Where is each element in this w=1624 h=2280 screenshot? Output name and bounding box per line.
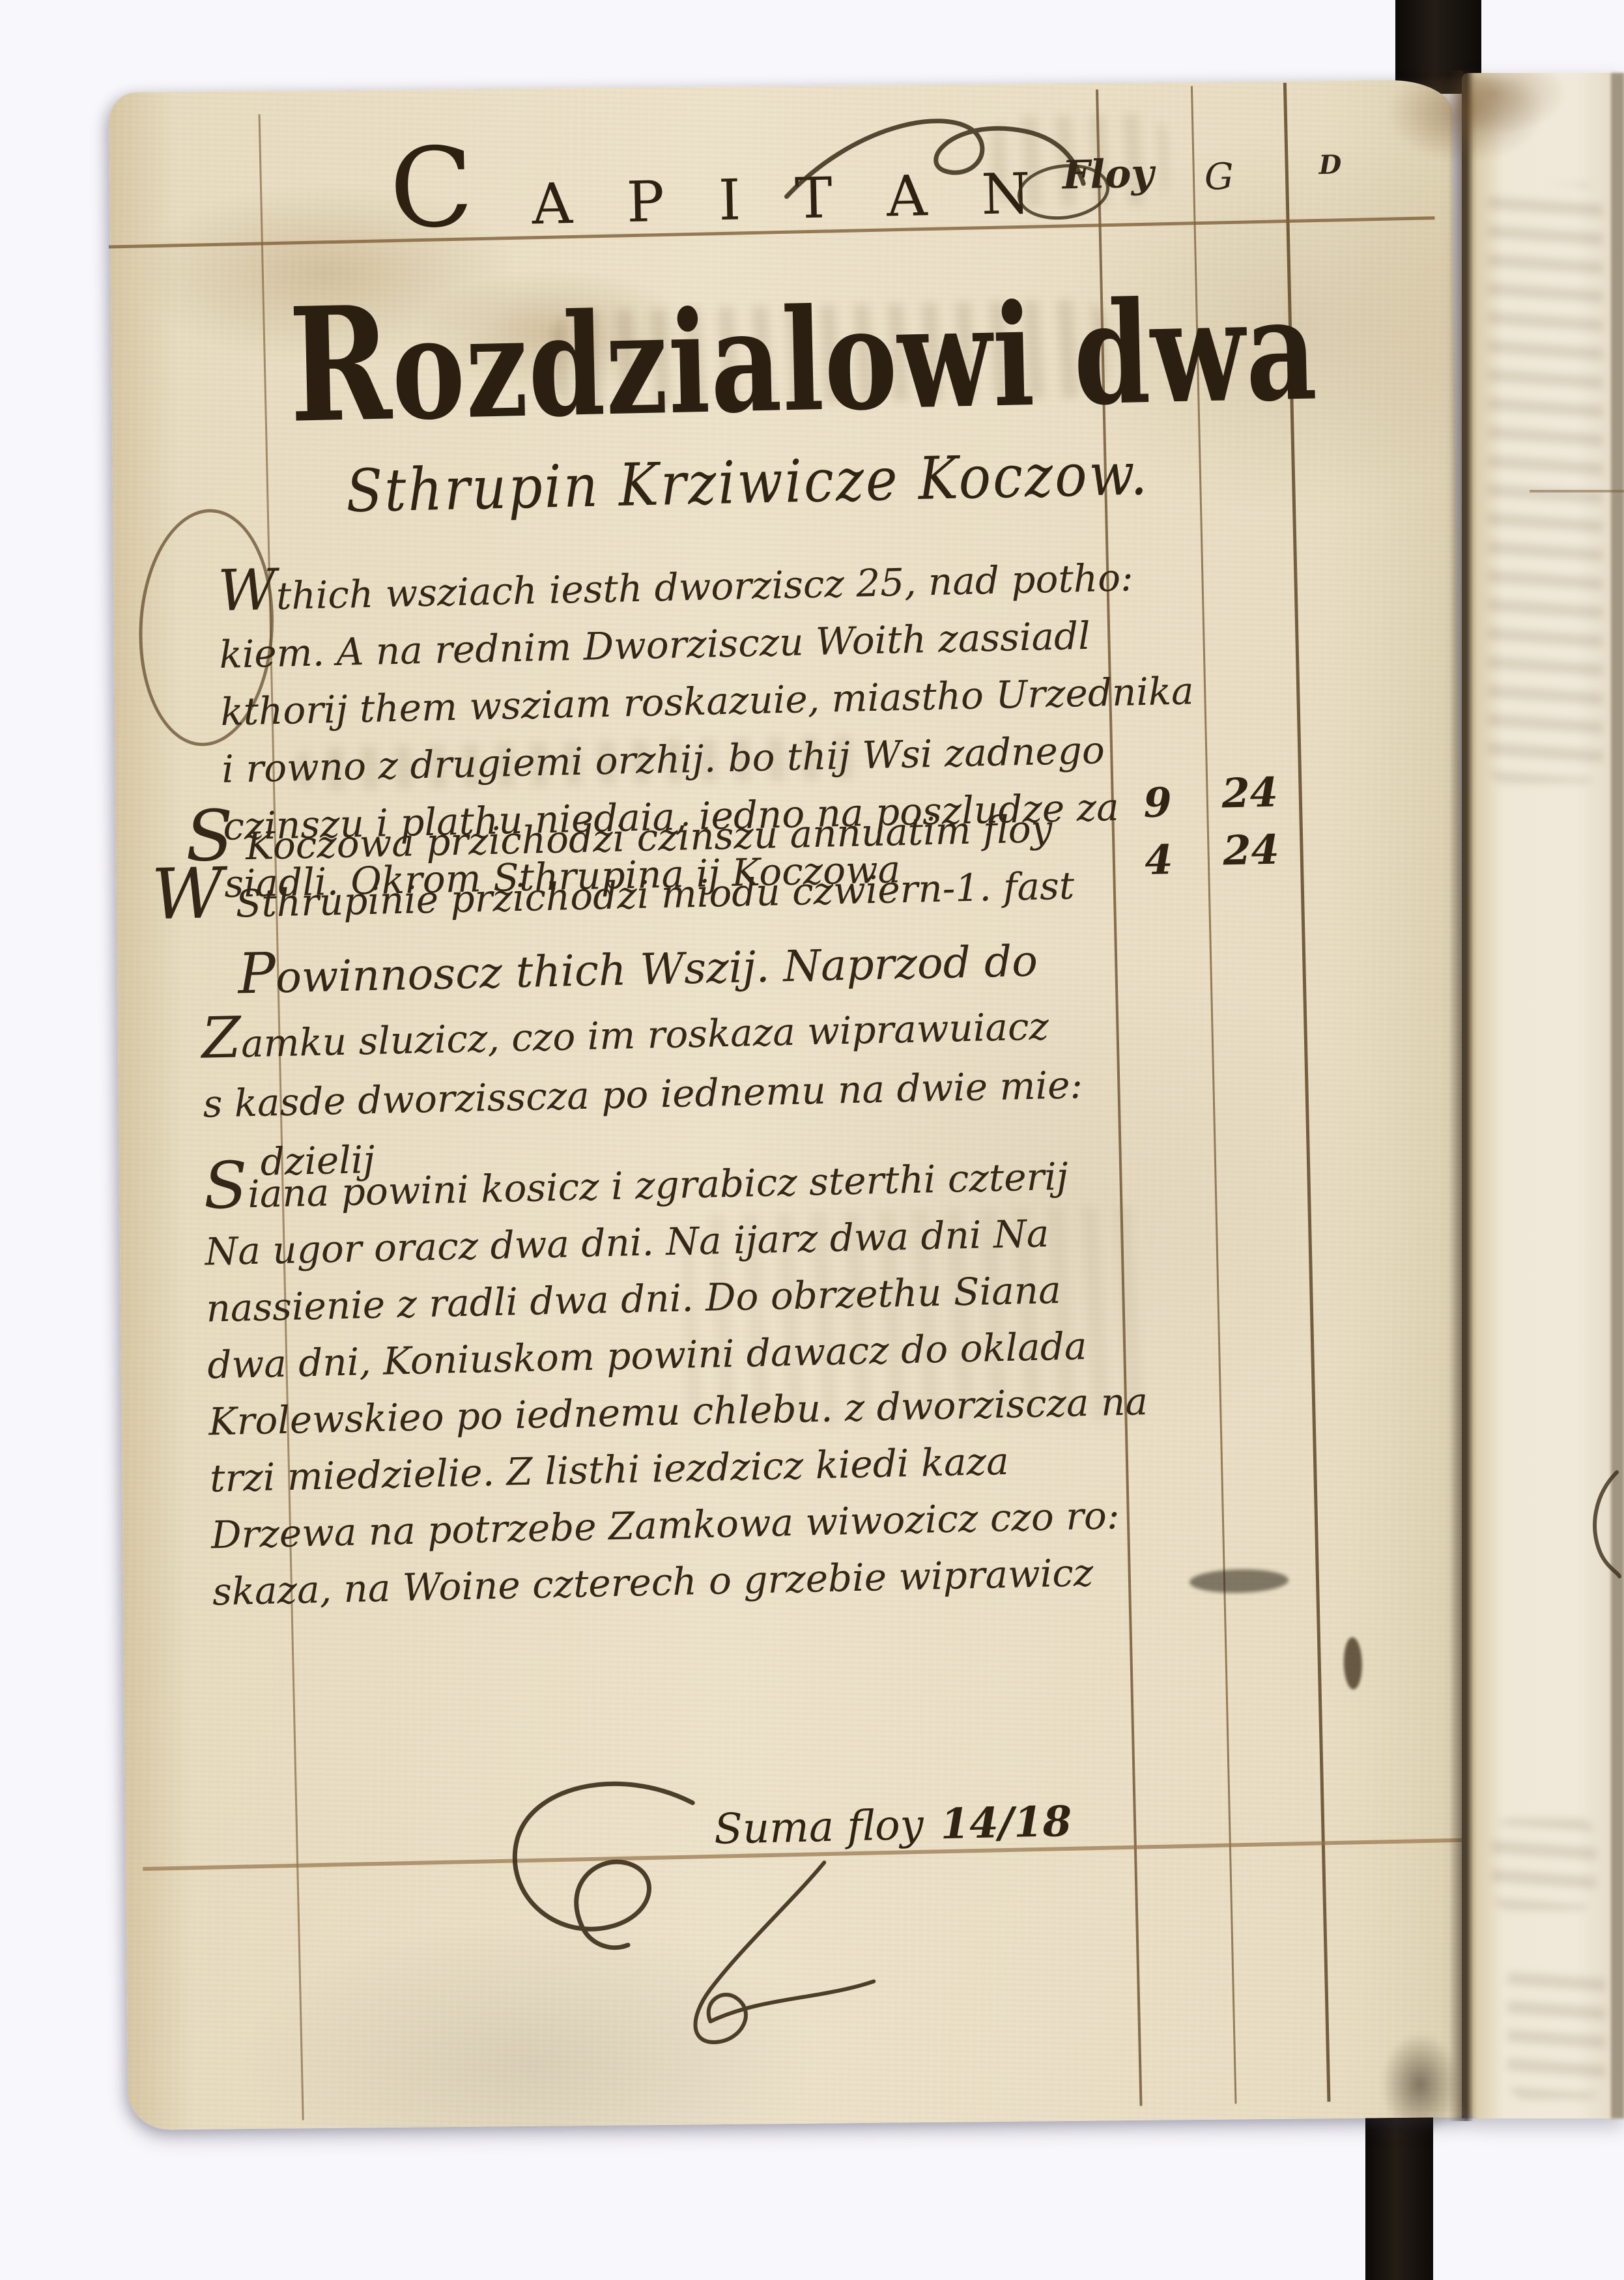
ledger-entry-flor-amount: 4	[1122, 835, 1195, 884]
closing-flourish-icon	[661, 1853, 887, 2060]
page-edge-shadow	[1611, 73, 1624, 2118]
bleedthrough-smudge	[1507, 1962, 1605, 2099]
column-header-groschen: G	[1204, 156, 1234, 199]
ink-smudge	[1190, 1569, 1289, 1594]
sum-total: Suma floy14/18	[713, 1797, 1072, 1854]
ledger-entry-groschen-amount: 24	[1214, 768, 1287, 817]
column-header-denar: D	[1318, 149, 1342, 180]
manuscript-left-page: C A P I T A N Floy G D Rozdzialowi dwa S…	[109, 79, 1472, 2130]
gutter-stain	[1381, 2032, 1459, 2137]
bleedthrough-smudge	[1488, 184, 1603, 783]
page-ink-layer: C A P I T A N Floy G D Rozdzialowi dwa S…	[98, 72, 1485, 2138]
duties-paragraph: Siana powini kosicz i zgrabicz sterthi c…	[203, 1137, 1152, 1620]
column-header-flor: Floy	[1062, 151, 1154, 199]
chapter-title: Rozdzialowi dwa	[287, 251, 1319, 458]
bleedthrough-smudge	[1492, 1819, 1596, 1910]
ink-blot	[1343, 1637, 1363, 1690]
ledger-entry-groschen-amount: 24	[1215, 825, 1288, 874]
gutter-stain	[1388, 78, 1544, 163]
sum-value: 14/18	[923, 1797, 1072, 1849]
manuscript-right-page-edge	[1462, 73, 1624, 2118]
ledger-entry-flor-amount: 9	[1121, 778, 1194, 827]
book-gutter-shadow	[1449, 70, 1474, 2121]
pen-flourish-icon	[1583, 1468, 1622, 1579]
scanned-manuscript-page: C A P I T A N Floy G D Rozdzialowi dwa S…	[0, 0, 1624, 2280]
sum-label: Suma floy	[713, 1801, 924, 1854]
